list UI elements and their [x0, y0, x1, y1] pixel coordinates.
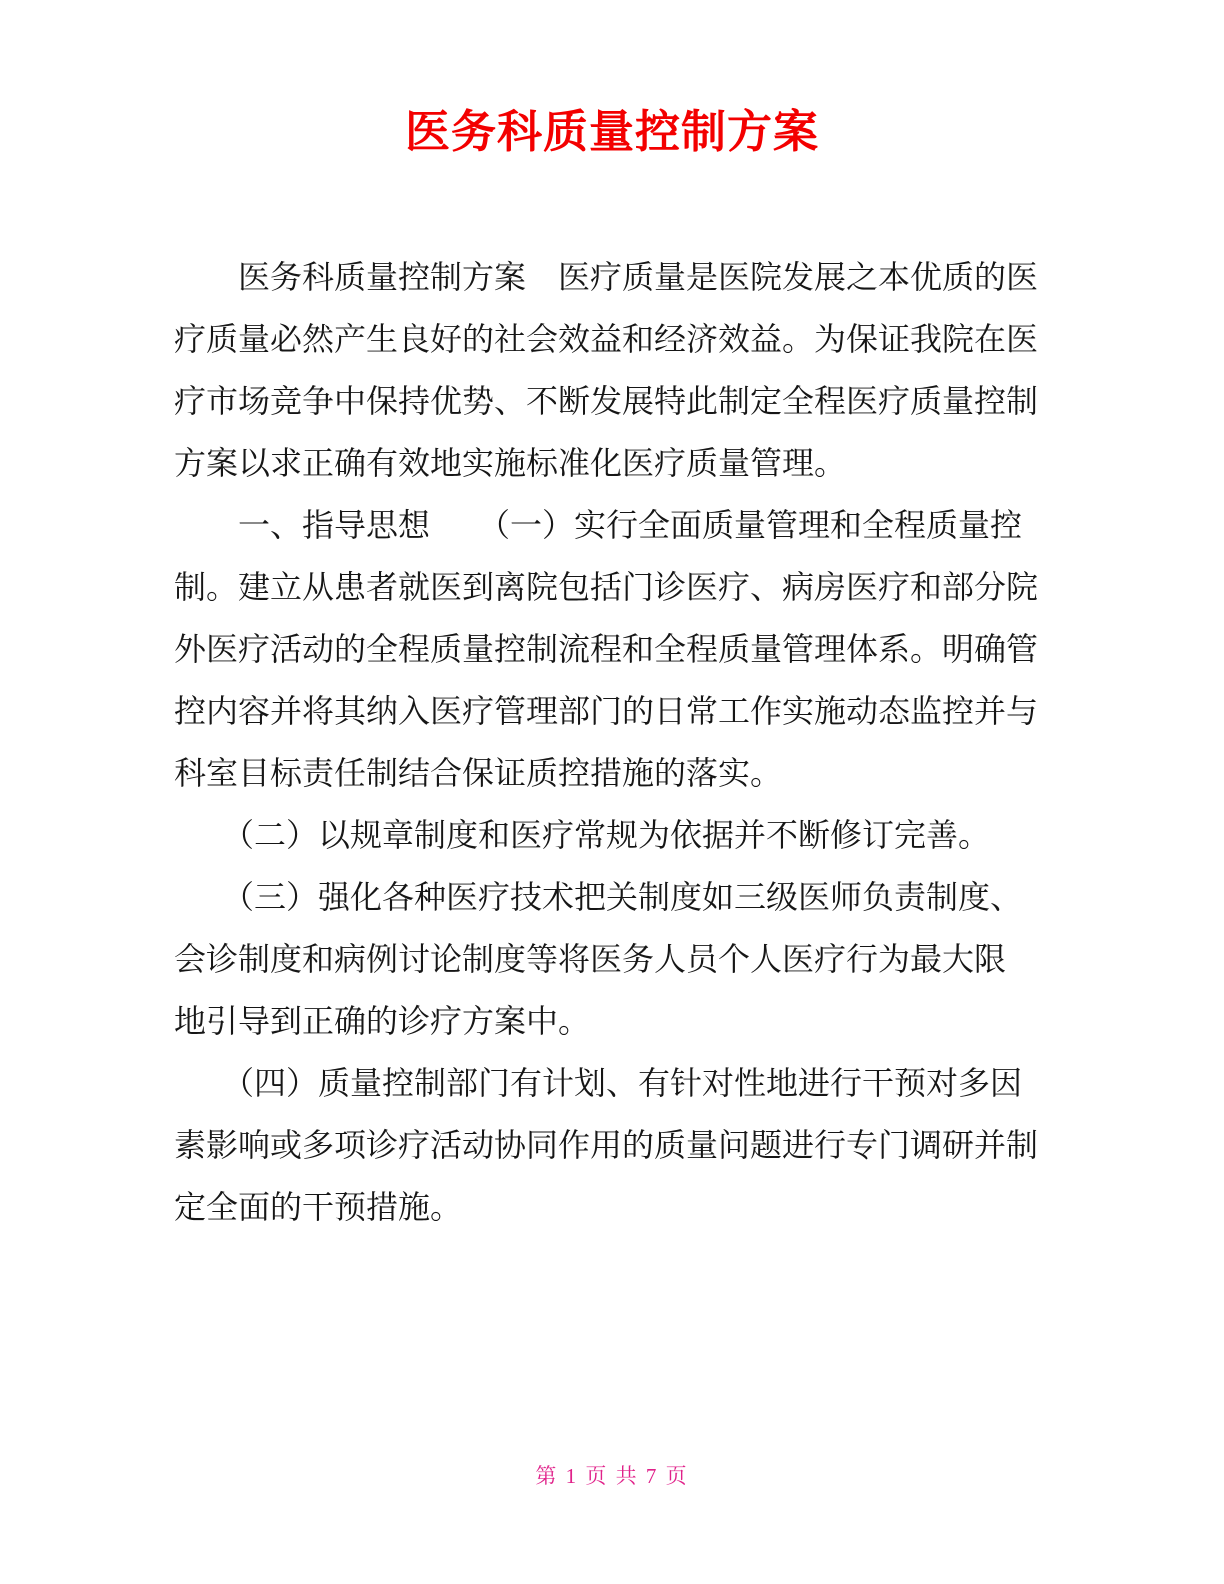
paragraph-guiding-principle-1: 一、指导思想 （一）实行全面质量管理和全程质量控 制。建立从患者就医到离院包括门… [174, 494, 1079, 804]
document-title: 医务科质量控制方案 [0, 96, 1224, 168]
document-page: 医务科质量控制方案 医务科质量控制方案 医疗质量是医院发展之本优质的医 疗质量必… [0, 0, 1224, 1584]
paragraph-guiding-principle-3: （三）强化各种医疗技术把关制度如三级医师负责制度、 会诊制度和病例讨论制度等将医… [174, 866, 1079, 1052]
page-number-footer: 第 1 页 共 7 页 [0, 1461, 1224, 1491]
paragraph-intro: 医务科质量控制方案 医疗质量是医院发展之本优质的医 疗质量必然产生良好的社会效益… [174, 246, 1079, 494]
paragraph-guiding-principle-2: （二）以规章制度和医疗常规为依据并不断修订完善。 [174, 804, 1079, 866]
paragraph-guiding-principle-4: （四）质量控制部门有计划、有针对性地进行干预对多因 素影响或多项诊疗活动协同作用… [174, 1052, 1079, 1238]
document-body: 医务科质量控制方案 医疗质量是医院发展之本优质的医 疗质量必然产生良好的社会效益… [174, 246, 1079, 1238]
